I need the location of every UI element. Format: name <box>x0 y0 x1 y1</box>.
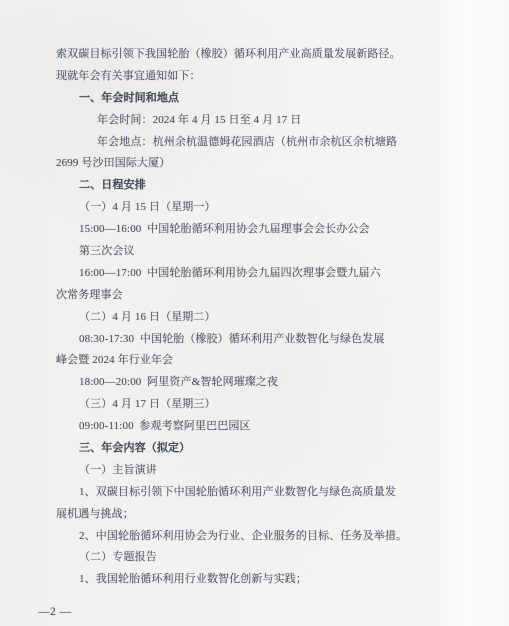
page-number: —2 — <box>38 601 72 623</box>
doc-line: 现就年会有关事宜通知如下： <box>56 66 476 88</box>
doc-line: （二）4 月 16 日（星期二） <box>56 307 476 329</box>
section-heading: 三、年会内容（拟定） <box>56 438 476 460</box>
section-heading: 一、年会时间和地点 <box>56 88 476 110</box>
doc-line: （一）主旨演讲 <box>56 460 476 482</box>
doc-line: 年会地点：杭州余杭温德姆花园酒店（杭州市余杭区余杭塘路 <box>56 132 476 154</box>
doc-line: 18:00—20:00 阿里资产&智轮网璀璨之夜 <box>56 372 476 394</box>
doc-line: 索双碳目标引领下我国轮胎（橡胶）循环利用产业高质量发展新路径。 <box>56 44 476 66</box>
scanned-document-page: 索双碳目标引领下我国轮胎（橡胶）循环利用产业高质量发展新路径。 现就年会有关事宜… <box>0 0 509 626</box>
doc-line: （一）4 月 15 日（星期一） <box>56 197 476 219</box>
doc-line: 1、双碳目标引领下中国轮胎循环利用产业数智化与绿色高质量发 <box>56 482 476 504</box>
doc-line: 年会时间：2024 年 4 月 15 日至 4 月 17 日 <box>56 110 476 132</box>
doc-line: 15:00—16:00 中国轮胎循环利用协会九届理事会会长办公会 <box>56 219 476 241</box>
doc-line: （二）专题报告 <box>56 547 476 569</box>
doc-line: 16:00—17:00 中国轮胎循环利用协会九届四次理事会暨九届六 <box>56 263 476 285</box>
doc-line: 1、我国轮胎循环利用行业数智化创新与实践； <box>56 569 476 591</box>
doc-line: 次常务理事会 <box>56 285 476 307</box>
section-heading: 二、日程安排 <box>56 175 476 197</box>
document-body: 索双碳目标引领下我国轮胎（橡胶）循环利用产业高质量发展新路径。 现就年会有关事宜… <box>56 44 476 591</box>
doc-line: 09:00-11:00 参观考察阿里巴巴园区 <box>56 416 476 438</box>
doc-line: 2、中国轮胎循环利用协会为行业、企业服务的目标、任务及举措。 <box>56 526 476 548</box>
doc-line: （三）4 月 17 日（星期三） <box>56 394 476 416</box>
doc-line: 第三次会议 <box>56 241 476 263</box>
doc-line: 2699 号沙田国际大厦） <box>56 153 476 175</box>
doc-line: 展机遇与挑战； <box>56 504 476 526</box>
doc-line: 08:30-17:30 中国轮胎（橡胶）循环利用产业数智化与绿色发展 <box>56 329 476 351</box>
doc-line: 峰会暨 2024 年行业年会 <box>56 350 476 372</box>
